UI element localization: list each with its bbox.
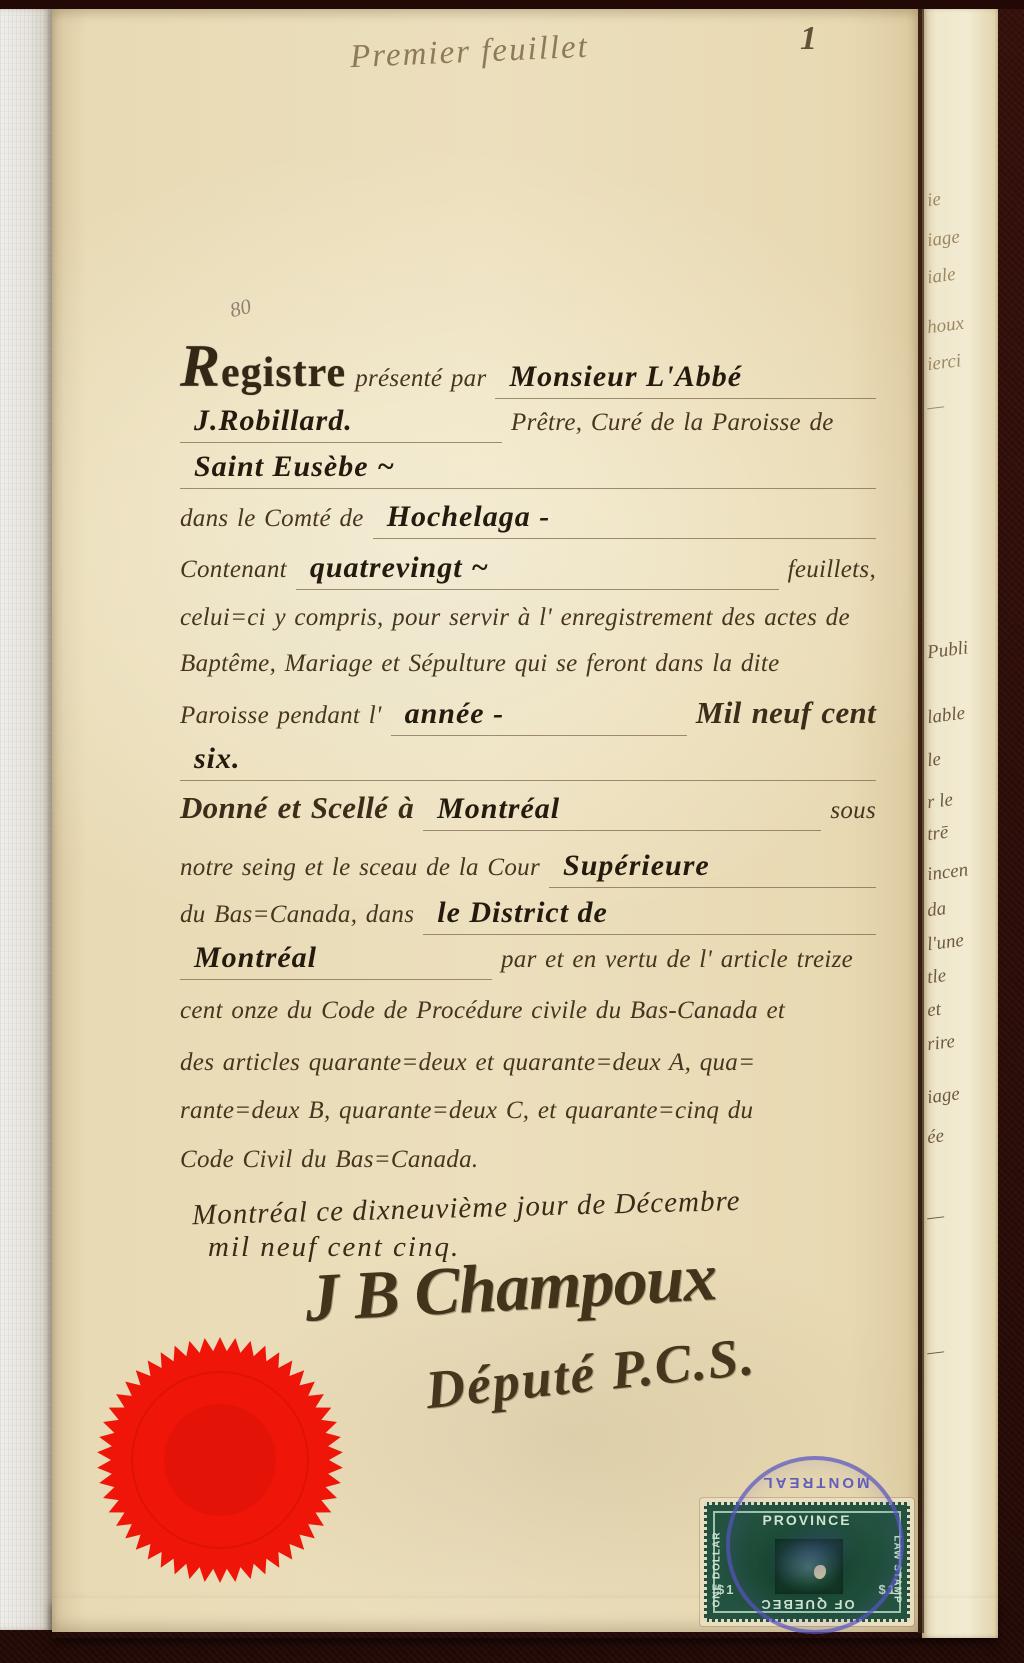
form-line: Montréal par et en vertu de l' article t… <box>180 941 876 980</box>
page-fragment: iale <box>926 259 998 289</box>
cancellation-stamp: MONTREAL <box>726 1456 904 1634</box>
printed-text: Baptême, Mariage et Sépulture qui se fer… <box>180 648 780 679</box>
seal-starburst-icon <box>95 1335 345 1585</box>
handwritten-entry: Saint Eusèbe ~ <box>180 450 876 489</box>
form-line: cent onze du Code de Procédure civile du… <box>180 995 876 1026</box>
page-number: 1 <box>800 20 817 58</box>
page-fragment: incen <box>926 856 998 886</box>
handwritten-entry: Montréal <box>180 941 492 980</box>
page-fragment: iage <box>926 1079 998 1109</box>
page-fragment: r le <box>926 784 998 814</box>
form-line: celui=ci y compris, pour servir à l' enr… <box>180 602 876 633</box>
form-line: Baptême, Mariage et Sépulture qui se fer… <box>180 648 876 679</box>
form-line: J.Robillard. Prêtre, Curé de la Paroisse… <box>180 404 876 443</box>
form-line: six. <box>180 742 876 781</box>
page-fragment: ée <box>926 1119 998 1149</box>
handwritten-entry: Supérieure <box>549 849 876 888</box>
form-line: Donné et Scellé à Montréal sous <box>180 789 876 831</box>
form-line: notre seing et le sceau de la Cour Supér… <box>180 849 876 888</box>
handwritten-entry: Montréal <box>423 792 821 831</box>
handwritten-entry: année - <box>391 697 687 736</box>
stamp-value: $1 <box>717 1582 735 1597</box>
printed-text: Prêtre, Curé de la Paroisse de <box>511 407 834 438</box>
next-page-edge: ie iage iale houx ierci — Publi lable le… <box>922 8 998 1638</box>
form-line: du Bas=Canada, dans le District de <box>180 896 876 935</box>
ink-smudge <box>757 1511 866 1597</box>
page-fragment: — <box>926 1334 998 1364</box>
book-cover-top-edge <box>0 0 1024 9</box>
register-book-photo: ie iage iale houx ierci — Publi lable le… <box>0 0 1024 1663</box>
page-fragment: l'une <box>926 926 998 956</box>
printed-text: du Bas=Canada, dans <box>180 899 414 930</box>
handwritten-entry: Monsieur L'Abbé <box>495 360 876 399</box>
printed-text: celui=ci y compris, pour servir à l' enr… <box>180 602 850 633</box>
page-fragment: Publi <box>926 634 998 664</box>
printed-text: feuillets, <box>788 554 876 585</box>
printed-text: sous <box>830 795 876 826</box>
page-fragment: rire <box>926 1026 998 1056</box>
page-fragment: da <box>926 892 998 922</box>
printed-text: dans le Comté de <box>180 503 364 534</box>
form-line: dans le Comté de Hochelaga - <box>180 500 876 539</box>
printed-text: des articles quarante=deux et quarante=d… <box>180 1047 755 1078</box>
cancellation-text: MONTREAL <box>730 1474 900 1491</box>
form-line: Saint Eusèbe ~ <box>180 450 876 489</box>
form-line: des articles quarante=deux et quarante=d… <box>180 1047 876 1078</box>
page-fragment: trē <box>926 816 998 846</box>
form-line: Paroisse pendant l' année - Mil neuf cen… <box>180 694 876 736</box>
page-fragment: iage <box>926 222 998 252</box>
printed-text: présenté par <box>355 363 486 394</box>
printed-text: cent onze du Code de Procédure civile du… <box>180 995 785 1026</box>
page-fragment: — <box>926 389 998 419</box>
handwritten-entry: J.Robillard. <box>180 404 502 443</box>
form-line: Code Civil du Bas=Canada. <box>180 1144 876 1175</box>
fabric-binding-edge <box>0 8 52 1630</box>
printed-text: Paroisse pendant l' <box>180 700 382 731</box>
handwritten-entry: quatrevingt ~ <box>296 551 779 590</box>
handwritten-entry: six. <box>180 742 876 781</box>
form-title-word: Registre <box>180 336 346 396</box>
page-fragment: — <box>926 1199 998 1229</box>
form-line: Contenant quatrevingt ~ feuillets, <box>180 551 876 590</box>
handwritten-entry: le District de <box>423 896 876 935</box>
printed-text: Mil neuf cent <box>696 694 876 733</box>
printed-text: Code Civil du Bas=Canada. <box>180 1144 478 1175</box>
page-fragment: ie <box>926 182 998 212</box>
printed-text: notre seing et le sceau de la Cour <box>180 852 540 883</box>
printed-text: Donné et Scellé à <box>180 789 414 828</box>
printed-text: par et en vertu de l' article treize <box>501 944 853 975</box>
page-fragment: et <box>926 992 998 1022</box>
printed-text: rante=deux B, quarante=deux C, et quaran… <box>180 1095 753 1126</box>
red-wax-seal <box>95 1335 345 1585</box>
form-line: rante=deux B, quarante=deux C, et quaran… <box>180 1095 876 1126</box>
page-fragment: lable <box>926 699 998 729</box>
printed-text: Contenant <box>180 554 287 585</box>
page-fragment: le <box>926 742 998 772</box>
form-line: Registre présenté par Monsieur L'Abbé <box>180 336 876 399</box>
handwritten-entry: Hochelaga - <box>373 500 876 539</box>
page-fragment: tle <box>926 959 998 989</box>
page-fragment: ierci <box>926 346 998 376</box>
page-fragment: houx <box>926 309 998 339</box>
